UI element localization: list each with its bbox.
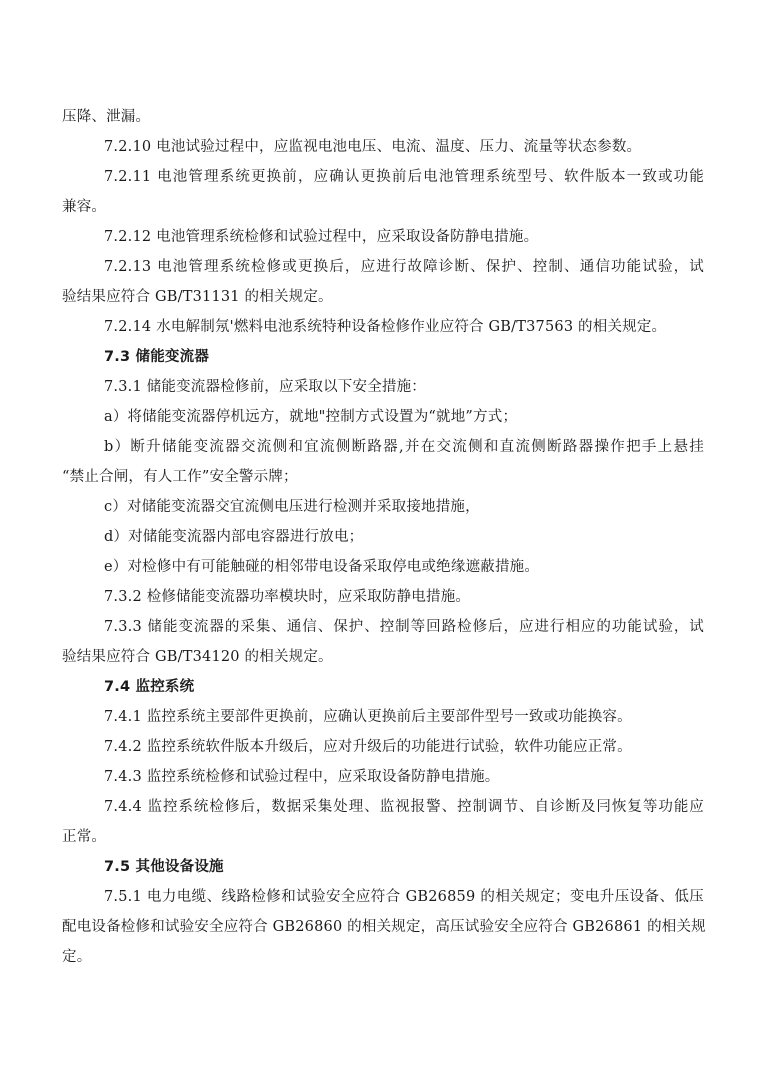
section-heading-7-5: 7.5 其他设备设施 [62, 854, 704, 884]
text-line-continuation: 压降、泄漏。 [62, 104, 704, 134]
document-body: 压降、泄漏。 7.2.10 电池试验过程中，应监视电池电压、电流、温度、压力、流… [62, 104, 704, 974]
clause-7-2-11-continuation: 兼容。 [62, 194, 704, 224]
clause-7-3-3: 7.3.3 储能变流器的采集、通信、保护、控制等回路检修后，应进行相应的功能试验… [62, 614, 704, 644]
clause-7-3-3-continuation: 验结果应符合 GB/T34120 的相关规定。 [62, 644, 704, 674]
clause-7-4-2: 7.4.2 监控系统软件版本升级后，应对升级后的功能进行试验，软件功能应正常。 [62, 734, 704, 764]
clause-7-3-2: 7.3.2 检修储能变流器功率模块时，应采取防静电措施。 [62, 584, 704, 614]
section-heading-7-3: 7.3 储能变流器 [62, 344, 704, 374]
list-item-c: c）对储能变流器交宜流侧电压进行检测并采取接地措施， [62, 494, 704, 524]
clause-7-2-13-continuation: 验结果应符合 GB/T31131 的相关规定。 [62, 284, 704, 314]
list-item-e: e）对检修中有可能触碰的相邻带电设备采取停电或绝缘遮蔽措施。 [62, 554, 704, 584]
section-heading-7-4: 7.4 监控系统 [62, 674, 704, 704]
clause-7-5-1-end: 定。 [62, 944, 704, 974]
document-page: 压降、泄漏。 7.2.10 电池试验过程中，应监视电池电压、电流、温度、压力、流… [0, 0, 762, 1075]
clause-7-2-10: 7.2.10 电池试验过程中，应监视电池电压、电流、温度、压力、流量等状态参数。 [62, 134, 704, 164]
clause-7-4-4: 7.4.4 监控系统检修后，数据采集处理、监视报警、控制调节、自诊断及冃恢复等功… [62, 794, 704, 824]
clause-7-5-1-continuation: 配电设备检修和试验安全应符合 GB26860 的相关规定，高压试验安全应符合 G… [62, 914, 704, 944]
clause-7-4-1: 7.4.1 监控系统主要部件更换前，应确认更换前后主要部件型号一致或功能换容。 [62, 704, 704, 734]
list-item-d: d）对储能变流器内部电容器进行放电； [62, 524, 704, 554]
list-item-b: b）断升储能变流器交流侧和宜流侧断路器,并在交流侧和直流侧断路器操作把手上悬挂 [62, 434, 704, 464]
clause-7-4-4-continuation: 正常。 [62, 824, 704, 854]
clause-7-2-14: 7.2.14 水电解制氖'燃料电池系统特种设备检修作业应符合 GB/T37563… [62, 314, 704, 344]
list-item-b-continuation: “禁止合闸，有人工作”安全警示牌； [62, 464, 704, 494]
clause-7-2-11: 7.2.11 电池管理系统更换前，应确认更换前后电池管理系统型号、软件版本一致或… [62, 164, 704, 194]
clause-7-3-1: 7.3.1 储能变流器检修前，应采取以下安全措施： [62, 374, 704, 404]
clause-7-4-3: 7.4.3 监控系统检修和试验过程中，应采取设备防静电措施。 [62, 764, 704, 794]
list-item-a: a）将储能变流器停机远方，就地"控制方式设置为“就地”方式； [62, 404, 704, 434]
clause-7-5-1: 7.5.1 电力电缆、线路检修和试验安全应符合 GB26859 的相关规定；变电… [62, 884, 704, 914]
clause-7-2-13: 7.2.13 电池管理系统检修或更换后，应进行故障诊断、保护、控制、通信功能试验… [62, 254, 704, 284]
clause-7-2-12: 7.2.12 电池管理系统检修和试验过程中，应采取设备防静电措施。 [62, 224, 704, 254]
